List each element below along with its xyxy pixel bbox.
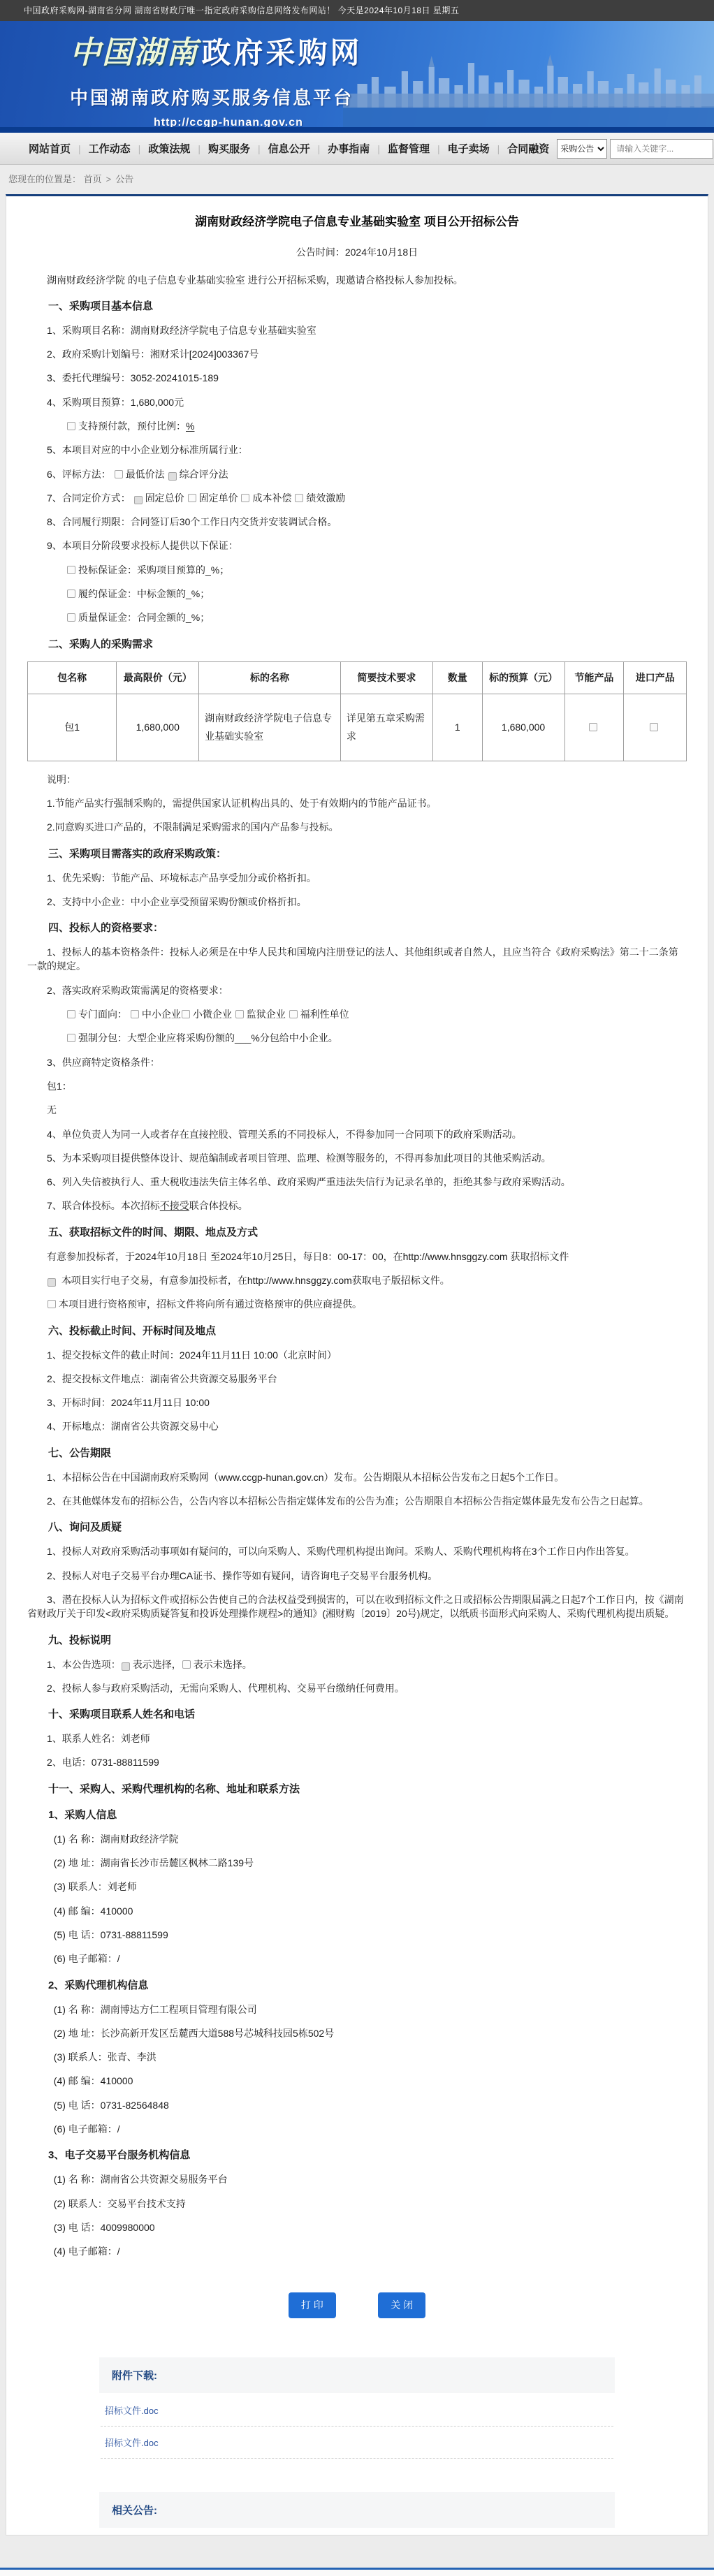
- body-line: (5) 电 话：0731-82564848: [27, 2098, 687, 2112]
- body-line: 1、优先采购：节能产品、环境标志产品享受加分或价格折扣。: [27, 871, 687, 885]
- nav-item-9[interactable]: 合同融资: [500, 141, 557, 156]
- body-line: (3) 联系人：刘老师: [27, 1880, 687, 1894]
- body-line: (1) 名 称：湖南财政经济学院: [27, 1832, 687, 1846]
- breadcrumb-item-1[interactable]: 首页: [84, 174, 102, 184]
- attachments-list: 招标文件.doc招标文件.doc: [99, 2393, 615, 2459]
- body-line: (2) 联系人：交易平台技术支持: [27, 2197, 687, 2211]
- body-line: 2、在其他媒体发布的招标公告，公告内容以本招标公告指定媒体发布的公告为准；公告期…: [27, 1494, 687, 1508]
- table-cell: 详见第五章采购需求: [340, 694, 432, 761]
- announcement-article: 湖南财政经济学院电子信息专业基础实验室 项目公开招标公告 公告时间：2024年1…: [6, 194, 708, 2535]
- body-line: (6) 电子邮箱：/: [27, 2122, 687, 2136]
- breadcrumb-separator: >: [106, 174, 112, 184]
- logo-calligraphy-text: 中国湖南: [70, 36, 198, 70]
- body-line: 2、政府采购计划编号：湘财采计[2024]003367号: [27, 347, 687, 361]
- body-line: 3、委托代理编号：3052-20241015-189: [27, 371, 687, 385]
- page-footer: [0, 2568, 714, 2576]
- site-banner: 中国湖南 政府采购网 中国湖南政府购买服务信息平台 http://ccgp-hu…: [0, 21, 714, 133]
- table-cell: [564, 694, 624, 761]
- column-header: 进口产品: [624, 661, 687, 694]
- body-line: 3、供应商特定资格条件：: [27, 1055, 687, 1069]
- search-area: 采购公告: [557, 138, 714, 160]
- related-panel: 相关公告:: [99, 2492, 615, 2528]
- body-line: (5) 电 话：0731-88811599: [27, 1928, 687, 1942]
- table-header-row: 包名称最高限价（元）标的名称简要技术要求数量标的预算（元）节能产品进口产品: [28, 661, 687, 694]
- body-line: 质量保证金：合同金额的_%；: [27, 610, 687, 624]
- body-line: 8、合同履行期限：合同签订后30个工作日内交货并安装调试合格。: [27, 515, 687, 529]
- body-line: 本项目进行资格预审，招标文件将向所有通过资格预审的供应商提供。: [27, 1297, 687, 1311]
- logo-text: 政府采购网: [201, 36, 362, 69]
- breadcrumb-prefix: 您现在的位置是：: [8, 174, 81, 184]
- body-line: (4) 邮 编：410000: [27, 2074, 687, 2088]
- body-line: 1、联系人姓名：刘老师: [27, 1732, 687, 1746]
- body-line: (3) 联系人：张青、李洪: [27, 2050, 687, 2064]
- body-line: 7、合同定价方式： ✓固定总价 固定单价 成本补偿 绩效激励: [27, 491, 687, 505]
- nav-item-7[interactable]: 监督管理: [380, 141, 437, 156]
- body-line: 支持预付款，预付比例：%: [27, 419, 687, 433]
- banner-bottom-strip: [0, 127, 714, 133]
- column-header: 数量: [432, 661, 482, 694]
- table-cell: 包1: [28, 694, 117, 761]
- nav-item-8[interactable]: 电子卖场: [440, 141, 497, 156]
- print-button[interactable]: 打 印: [289, 2292, 336, 2318]
- body-line: 说明：: [27, 773, 687, 786]
- top-info-text: 中国政府采购网-湖南省分网 湖南省财政厅唯一指定政府采购信息网络发布网站！ 今天…: [24, 6, 459, 15]
- section-heading: 七、公告期限: [27, 1445, 687, 1460]
- body-line: 1、本公告选项：✓表示选择，表示未选择。: [27, 1657, 687, 1671]
- checkbox-unchecked: [241, 494, 249, 502]
- section-heading: 3、电子交易平台服务机构信息: [27, 2147, 687, 2162]
- body-line: (2) 地 址：湖南省长沙市岳麓区枫林二路139号: [27, 1856, 687, 1870]
- body-line: (6) 电子邮箱：/: [27, 1952, 687, 1966]
- banner-subtitle: 中国湖南政府购买服务信息平台: [70, 84, 714, 110]
- attachment-link-2[interactable]: 招标文件.doc: [101, 2427, 613, 2459]
- checkbox-unchecked: [67, 613, 75, 622]
- nav-item-2[interactable]: 工作动态: [81, 141, 138, 156]
- body-line: (4) 电子邮箱：/: [27, 2244, 687, 2258]
- attachments-title: 附件下载:: [99, 2357, 615, 2393]
- body-line: 7、联合体投标。本次招标不接受联合体投标。: [27, 1199, 687, 1213]
- attachments-panel: 附件下载: 招标文件.doc招标文件.doc: [99, 2357, 615, 2459]
- column-header: 节能产品: [564, 661, 624, 694]
- table-cell: 1,680,000: [482, 694, 564, 761]
- checkbox-unchecked: [67, 422, 75, 430]
- checkbox-unchecked: [48, 1300, 56, 1308]
- body-line: 1、投标人的基本资格条件：投标人必须是在中华人民共和国境内注册登记的法人、其他组…: [27, 945, 687, 974]
- checkbox-unchecked: [295, 494, 303, 502]
- page-title: 湖南财政经济学院电子信息专业基础实验室 项目公开招标公告: [6, 196, 708, 235]
- body-line: (2) 地 址：长沙高新开发区岳麓西大道588号芯城科技园5栋502号: [27, 2026, 687, 2040]
- search-input[interactable]: [610, 139, 713, 159]
- column-header: 最高限价（元）: [117, 661, 199, 694]
- checkbox-checked: ✓: [168, 472, 177, 481]
- body-line: 1、采购项目名称：湖南财政经济学院电子信息专业基础实验室: [27, 323, 687, 337]
- column-header: 标的名称: [199, 661, 341, 694]
- page: 中国政府采购网-湖南省分网 湖南省财政厅唯一指定政府采购信息网络发布网站！ 今天…: [0, 0, 714, 2576]
- checkbox-unchecked: [67, 1034, 75, 1042]
- checkbox-unchecked: [289, 1010, 298, 1018]
- nav-item-3[interactable]: 政策法规: [140, 141, 198, 156]
- body-line: 3、潜在投标人认为招标文件或招标公告使自己的合法权益受到损害的，可以在收到招标文…: [27, 1593, 687, 1621]
- checkbox-unchecked: [235, 1010, 244, 1018]
- nav-item-5[interactable]: 信息公开: [261, 141, 318, 156]
- search-category-select[interactable]: 采购公告: [557, 139, 607, 159]
- checkbox-unchecked: [67, 1010, 75, 1018]
- section-heading: 五、获取招标文件的时间、期限、地点及方式: [27, 1224, 687, 1239]
- section-heading: 八、询问及质疑: [27, 1519, 687, 1534]
- body-line: 投标保证金：采购项目预算的_%；: [27, 563, 687, 577]
- body-line: 包1：: [27, 1079, 687, 1093]
- section-heading: 九、投标说明: [27, 1632, 687, 1647]
- checkbox-unchecked: [589, 723, 597, 731]
- section-heading: 三、采购项目需落实的政府采购政策：: [27, 846, 687, 861]
- section-heading: 六、投标截止时间、开标时间及地点: [27, 1323, 687, 1338]
- body-line: 4、采购项目预算：1,680,000元: [27, 395, 687, 409]
- body-line: (1) 名 称：湖南省公共资源交易服务平台: [27, 2172, 687, 2186]
- breadcrumb: 您现在的位置是： 首页>公告: [0, 165, 714, 194]
- body-line: (4) 邮 编：410000: [27, 1904, 687, 1918]
- body-line: 2、落实政府采购政策需满足的资格要求：: [27, 983, 687, 997]
- section-heading: 十一、采购人、采购代理机构的名称、地址和联系方法: [27, 1781, 687, 1796]
- table-cell: 湖南财政经济学院电子信息专业基础实验室: [199, 694, 341, 761]
- body-line: 1、本招标公告在中国湖南政府采购网（www.ccgp-hunan.gov.cn）…: [27, 1470, 687, 1484]
- body-line: 有意参加投标者，于2024年10月18日 至2024年10月25日，每日8：00…: [27, 1250, 687, 1264]
- main-nav: 网站首页|工作动态|政策法规|购买服务|信息公开|办事指南|监督管理|电子卖场|…: [0, 133, 714, 165]
- table-row: 包11,680,000湖南财政经济学院电子信息专业基础实验室详见第五章采购需求1…: [28, 694, 687, 761]
- section-heading: 四、投标人的资格要求：: [27, 920, 687, 935]
- section-heading: 一、采购项目基本信息: [27, 298, 687, 313]
- body-line: 4、单位负责人为同一人或者存在直接控股、管理关系的不同投标人，不得参加同一合同项…: [27, 1127, 687, 1141]
- body-line: 6、列入失信被执行人、重大税收违法失信主体名单、政府采购严重违法失信行为记录名单…: [27, 1175, 687, 1189]
- section-heading: 2、采购代理机构信息: [27, 1977, 687, 1992]
- body-line: 1、提交投标文件的截止时间：2024年11月11日 10:00（北京时间）: [27, 1348, 687, 1362]
- body-line: 无: [27, 1103, 687, 1117]
- checkbox-checked: ✓: [134, 496, 143, 504]
- checkbox-unchecked: [650, 723, 658, 731]
- body-line: 2、支持中小企业：中小企业享受预留采购份额或价格折扣。: [27, 895, 687, 909]
- column-header: 标的预算（元）: [482, 661, 564, 694]
- article-body: 湖南财政经济学院 的电子信息专业基础实验室 进行公开招标采购，现邀请合格投标人参…: [6, 273, 708, 2259]
- underlined-text: 不接受: [160, 1200, 189, 1211]
- body-line: 2、提交投标文件地点：湖南省公共资源交易服务平台: [27, 1372, 687, 1386]
- body-line: 6、评标方法： 最低价法 ✓综合评分法: [27, 467, 687, 481]
- body-line: 4、开标地点：湖南省公共资源交易中心: [27, 1419, 687, 1433]
- action-buttons: 打 印 关 闭: [6, 2292, 708, 2318]
- checkbox-unchecked: [188, 494, 196, 502]
- body-line: 强制分包：大型企业应将采购份额的___%分包给中小企业。: [27, 1031, 687, 1045]
- table-cell: [624, 694, 687, 761]
- body-line: 湖南财政经济学院 的电子信息专业基础实验室 进行公开招标采购，现邀请合格投标人参…: [27, 273, 687, 287]
- checkbox-unchecked: [115, 470, 123, 478]
- column-header: 简要技术要求: [340, 661, 432, 694]
- underlined-text: %: [186, 420, 194, 432]
- body-line: 3、开标时间：2024年11月11日 10:00: [27, 1396, 687, 1410]
- procurement-requirements-table: 包名称最高限价（元）标的名称简要技术要求数量标的预算（元）节能产品进口产品包11…: [27, 661, 687, 761]
- section-heading: 十、采购项目联系人姓名和电话: [27, 1706, 687, 1721]
- close-button[interactable]: 关 闭: [378, 2292, 425, 2318]
- body-line: 2、电话：0731-88811599: [27, 1755, 687, 1769]
- body-line: 2.同意购买进口产品的，不限制满足采购需求的国内产品参与投标。: [27, 820, 687, 834]
- body-line: 履约保证金：中标金额的_%；: [27, 587, 687, 601]
- checkbox-unchecked: [182, 1010, 190, 1018]
- nav-item-6[interactable]: 办事指南: [320, 141, 377, 156]
- checkbox-unchecked: [67, 590, 75, 598]
- top-info-bar: 中国政府采购网-湖南省分网 湖南省财政厅唯一指定政府采购信息网络发布网站！ 今天…: [0, 0, 714, 21]
- checkbox-unchecked: [131, 1010, 139, 1018]
- checkbox-checked: ✓: [48, 1278, 56, 1287]
- body-line: ✓ 本项目实行电子交易，有意参加投标者，在http://www.hnsggzy.…: [27, 1273, 687, 1287]
- nav-item-1[interactable]: 网站首页: [21, 141, 78, 156]
- body-line: (1) 名 称：湖南博达方仁工程项目管理有限公司: [27, 2003, 687, 2017]
- checkbox-checked: ✓: [122, 1662, 130, 1671]
- table-cell: 1: [432, 694, 482, 761]
- breadcrumb-item-2: 公告: [115, 174, 133, 184]
- section-heading: 二、采购人的采购需求: [27, 636, 687, 651]
- body-line: 1.节能产品实行强制采购的，需提供国家认证机构出具的、处于有效期内的节能产品证书…: [27, 796, 687, 810]
- section-heading: 1、采购人信息: [27, 1807, 687, 1822]
- checkbox-unchecked: [67, 566, 75, 574]
- table-cell: 1,680,000: [117, 694, 199, 761]
- related-title: 相关公告:: [99, 2492, 615, 2528]
- body-line: (3) 电 话：4009980000: [27, 2220, 687, 2234]
- body-line: 2、投标人参与政府采购活动，无需向采购人、代理机构、交易平台缴纳任何费用。: [27, 1681, 687, 1695]
- body-line: 9、本项目分阶段要求投标人提供以下保证：: [27, 539, 687, 552]
- body-line: 2、投标人对电子交易平台办理CA证书、操作等如有疑问，请咨询电子交易平台服务机构…: [27, 1569, 687, 1583]
- column-header: 包名称: [28, 661, 117, 694]
- body-line: 5、为本采购项目提供整体设计、规范编制或者项目管理、监理、检测等服务的，不得再参…: [27, 1151, 687, 1165]
- nav-item-4[interactable]: 购买服务: [201, 141, 258, 156]
- body-line: 专门面向： 中小企业小微企业 监狱企业 福利性单位: [27, 1007, 687, 1021]
- checkbox-unchecked: [182, 1660, 191, 1669]
- body-line: 5、本项目对应的中小企业划分标准所属行业：: [27, 443, 687, 457]
- attachment-link-1[interactable]: 招标文件.doc: [101, 2394, 613, 2427]
- body-line: 1、投标人对政府采购活动事项如有疑问的，可以向采购人、采购代理机构提出询问。采购…: [27, 1544, 687, 1558]
- site-logo: 中国湖南 政府采购网: [70, 35, 714, 78]
- publish-date: 公告时间：2024年10月18日: [6, 235, 708, 273]
